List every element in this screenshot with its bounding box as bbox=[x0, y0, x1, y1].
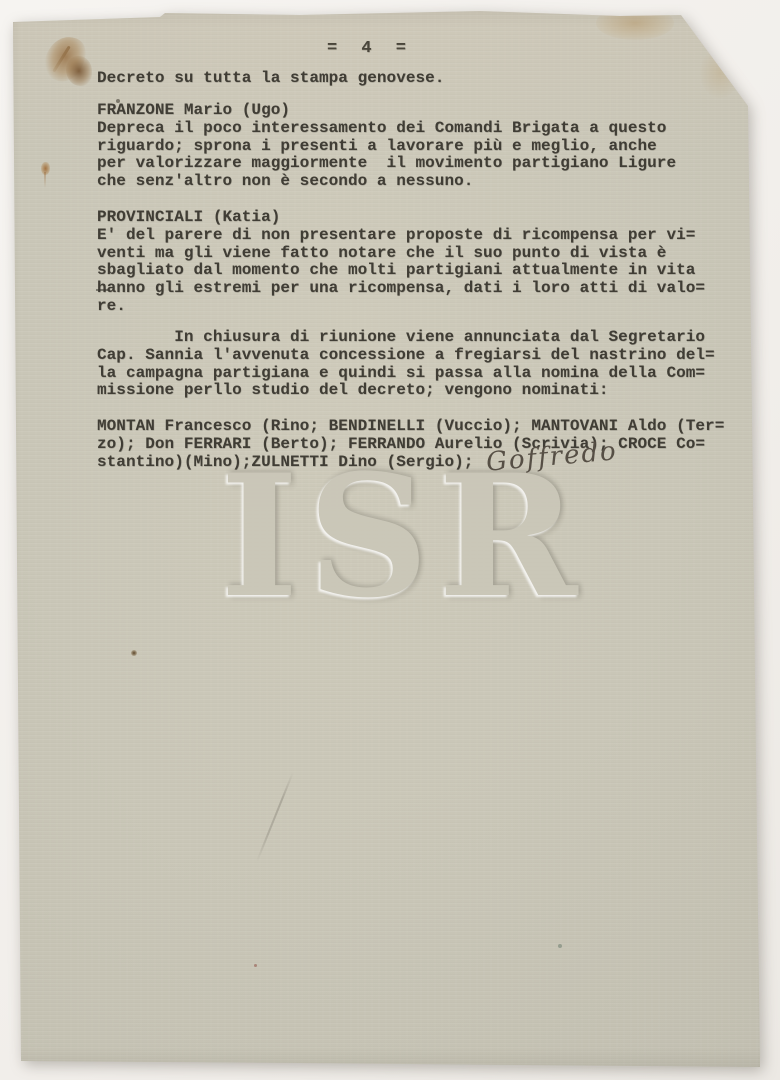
paper-shadow-wrap: ISR = 4 = Decreto su tutta la stampa gen… bbox=[0, 0, 780, 1080]
scan-background: ISR = 4 = Decreto su tutta la stampa gen… bbox=[0, 0, 780, 1080]
paper-edge-shading bbox=[0, 0, 780, 1080]
document-page: ISR = 4 = Decreto su tutta la stampa gen… bbox=[0, 0, 780, 1080]
